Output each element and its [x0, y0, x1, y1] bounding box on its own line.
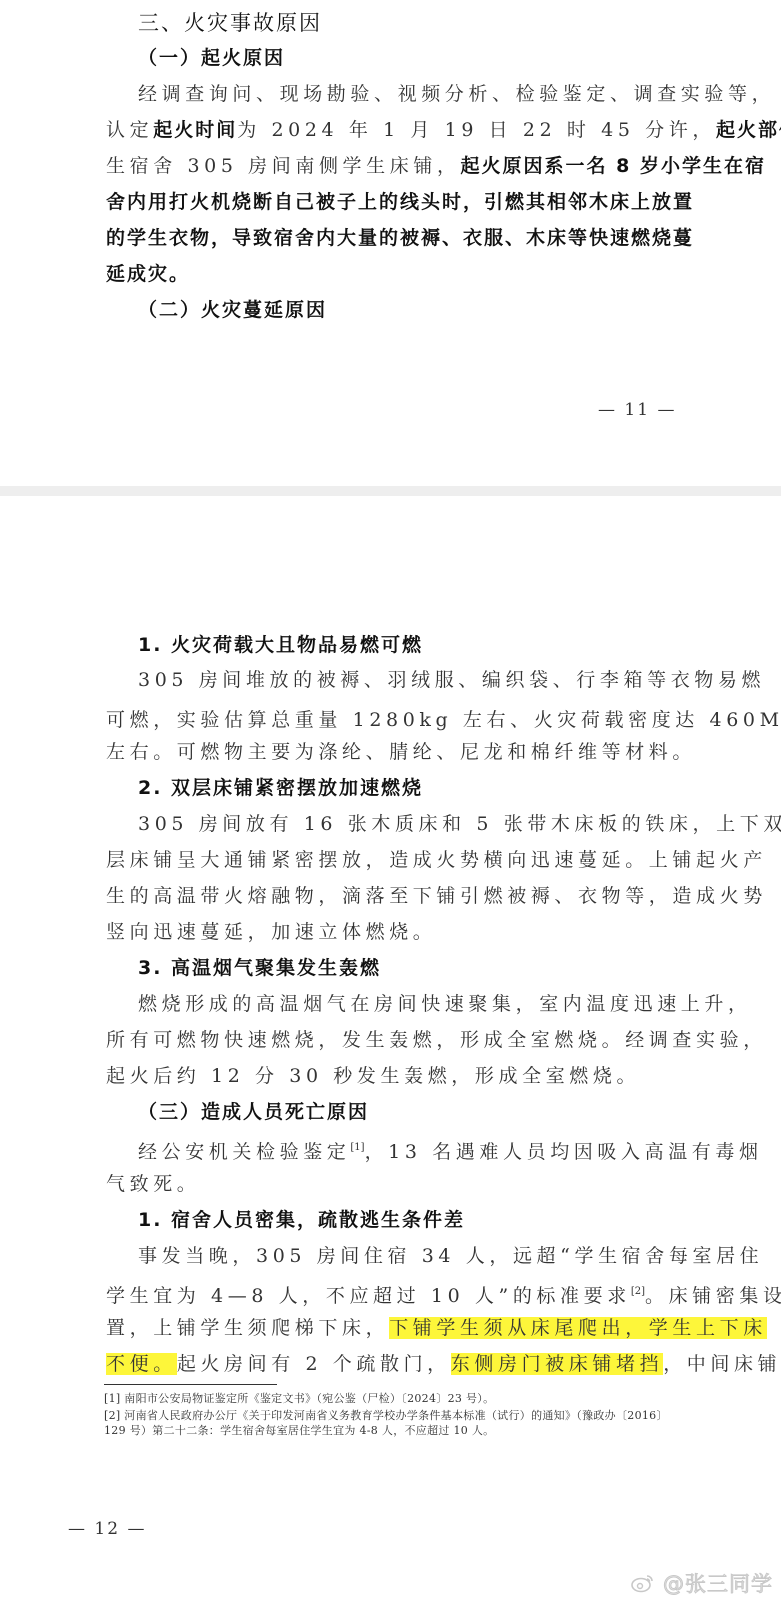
text: 起火房间有 2 个疏散门，	[177, 1353, 451, 1375]
footnote-1: [1] 南阳市公安局物证鉴定所《鉴定文书》（宛公鉴（尸检）〔2024〕23 号）…	[104, 1391, 704, 1406]
highlighted-text: 不便。	[106, 1353, 177, 1375]
paragraph-line-bold: 的学生衣物，导致宿舍内大量的被褥、衣服、木床等快速燃烧蔓	[106, 222, 686, 254]
weibo-icon	[631, 1572, 663, 1596]
paragraph-line: 起火后约 12 分 30 秒发生轰燃，形成全室燃烧。	[106, 1060, 686, 1092]
text: 。床铺密集设	[645, 1285, 781, 1307]
heading-bunk-beds: 2. 双层床铺紧密摆放加速燃烧	[138, 772, 718, 804]
paragraph-line: 所有可燃物快速燃烧，发生轰燃，形成全室燃烧。经调查实验，	[106, 1024, 686, 1056]
subsection-title-origin: （一）起火原因	[138, 42, 718, 74]
paragraph-line: 竖向迅速蔓延，加速立体燃烧。	[106, 916, 686, 948]
section-title: 三、火灾事故原因	[138, 7, 718, 39]
paragraph-line-bold: 舍内用打火机烧断自己被子上的线头时，引燃其相邻木床上放置	[106, 186, 686, 218]
text: 学生宜为 4—8 人，不应超过 10 人”的标准要求	[106, 1285, 631, 1307]
text: 经公安机关检验鉴定	[138, 1141, 350, 1163]
page-number: — 11 —	[598, 400, 676, 420]
bold-text: 起火原因系一名 8 岁小学生在宿	[461, 155, 766, 177]
subsection-title-spread: （二）火灾蔓延原因	[138, 294, 718, 326]
text: 可燃，实验估算总重量 1280kg 左右、火灾荷载密度达 460MJ/m	[106, 709, 781, 731]
watermark-text: @张三同学	[663, 1572, 773, 1596]
subsection-title-deaths: （三）造成人员死亡原因	[138, 1096, 718, 1128]
highlighted-text: 东侧房门被床铺堵挡	[451, 1353, 663, 1375]
paragraph-line: 经调查询问、现场勘验、视频分析、检验鉴定、调查实验等，	[138, 78, 718, 110]
footnote-ref-1[interactable]: [1]	[350, 1142, 364, 1153]
document-page-11: 三、火灾事故原因 （一）起火原因 经调查询问、现场勘验、视频分析、检验鉴定、调查…	[0, 0, 781, 486]
text: 置，上铺学生须爬梯下床，	[106, 1317, 389, 1339]
text: 为 2024 年 1 月 19 日 22 时 45 分许，	[237, 119, 716, 141]
heading-crowding: 1. 宿舍人员密集，疏散逃生条件差	[138, 1204, 718, 1236]
text: ，中间床铺	[663, 1353, 781, 1375]
text: 认定	[106, 119, 153, 141]
paragraph-line: 可燃，实验估算总重量 1280kg 左右、火灾荷载密度达 460MJ/m2	[106, 700, 686, 732]
paragraph-line: 事发当晚，305 房间住宿 34 人，远超“学生宿舍每室居住	[138, 1240, 718, 1272]
footnote-2: [2] 河南省人民政府办公厅《关于印发河南省义务教育学校办学条件基本标准（试行）…	[104, 1408, 704, 1423]
page-number: — 12 —	[68, 1519, 146, 1539]
paragraph-line: 生的高温带火熔融物，滴落至下铺引燃被褥、衣物等，造成火势	[106, 880, 686, 912]
bold-text: 起火时间	[153, 119, 237, 141]
bold-text: 起火部位	[716, 119, 781, 141]
paragraph-line: 层床铺呈大通铺紧密摆放，造成火势横向迅速蔓延。上铺起火产	[106, 844, 686, 876]
paragraph-line: 不便。起火房间有 2 个疏散门，东侧房门被床铺堵挡，中间床铺	[106, 1348, 686, 1380]
paragraph-line-bold: 延成灾。	[106, 258, 686, 290]
highlighted-text: 下铺学生须从床尾爬出，学生上下床	[389, 1317, 767, 1339]
paragraph-line: 认定起火时间为 2024 年 1 月 19 日 22 时 45 分许，起火部位为…	[106, 114, 686, 146]
watermark: @张三同学	[631, 1568, 773, 1598]
heading-flashover: 3. 高温烟气聚集发生轰燃	[138, 952, 718, 984]
paragraph-line: 生宿舍 305 房间南侧学生床铺，起火原因系一名 8 岁小学生在宿	[106, 150, 686, 182]
text: 生宿舍 305 房间南侧学生床铺，	[106, 155, 461, 177]
paragraph-line: 305 房间堆放的被褥、羽绒服、编织袋、行李箱等衣物易燃	[138, 664, 718, 696]
text: ，13 名遇难人员均因吸入高温有毒烟	[365, 1141, 763, 1163]
paragraph-line: 燃烧形成的高温烟气在房间快速聚集，室内温度迅速上升，	[138, 988, 718, 1020]
paragraph-line: 置，上铺学生须爬梯下床，下铺学生须从床尾爬出，学生上下床	[106, 1312, 686, 1344]
footnote-divider	[104, 1384, 277, 1385]
paragraph-line: 305 房间放有 16 张木质床和 5 张带木床板的铁床，上下双	[138, 808, 718, 840]
paragraph-line: 左右。可燃物主要为涤纶、腈纶、尼龙和棉纤维等材料。	[106, 736, 686, 768]
page-separator	[0, 486, 781, 496]
footnote-2-cont: 129 号）第二十二条：学生宿舍每室居住学生宜为 4-8 人，不应超过 10 人…	[104, 1423, 704, 1438]
paragraph-line: 学生宜为 4—8 人，不应超过 10 人”的标准要求[2]。床铺密集设	[106, 1276, 686, 1308]
paragraph-line: 气致死。	[106, 1168, 686, 1200]
paragraph-line: 经公安机关检验鉴定[1]，13 名遇难人员均因吸入高温有毒烟	[138, 1132, 718, 1164]
heading-fire-load: 1. 火灾荷载大且物品易燃可燃	[138, 629, 718, 661]
footnote-ref-2[interactable]: [2]	[631, 1286, 645, 1297]
